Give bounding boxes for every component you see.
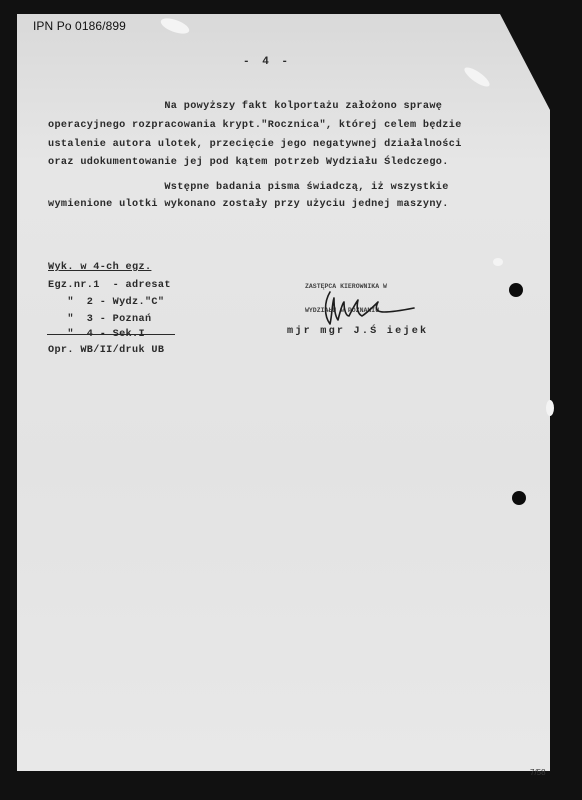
scan-artifact (493, 258, 503, 266)
distribution-line: " 3 - Poznań (48, 314, 151, 325)
paragraph2-line2: wymienione ulotki wykonano zostały przy … (48, 199, 449, 210)
punch-hole-icon (512, 491, 526, 505)
distribution-header: Wyk. w 4-ch egz. (48, 262, 151, 273)
signature-icon (322, 286, 422, 331)
distribution-rule (47, 334, 175, 335)
archive-signature: IPN Po 0186/899 (33, 19, 126, 33)
punch-hole-icon (509, 283, 523, 297)
distribution-line: Egz.nr.1 - adresat (48, 280, 171, 291)
paragraph1-line2: operacyjnego rozpracowania krypt."Roczni… (48, 120, 462, 131)
foliation-number: 7/58 (530, 768, 546, 777)
paragraph2-line1: Wstępne badania pisma świadczą, iż wszys… (48, 182, 449, 193)
scan-artifact (546, 400, 554, 416)
distribution-line: " 2 - Wydz."C" (48, 297, 164, 308)
paragraph1-line3: ustalenie autora ulotek, przecięcie jego… (48, 139, 462, 150)
paragraph1-line4: oraz udokumentowanie jej pod kątem potrz… (48, 157, 449, 168)
paragraph1-line1: Na powyższy fakt kolportażu założono spr… (48, 101, 442, 112)
page-number: - 4 - (243, 56, 291, 68)
distribution-footer: Opr. WB/II/druk UB (48, 345, 164, 356)
signer-name: mjr mgr J.Ś iejek (287, 326, 428, 337)
